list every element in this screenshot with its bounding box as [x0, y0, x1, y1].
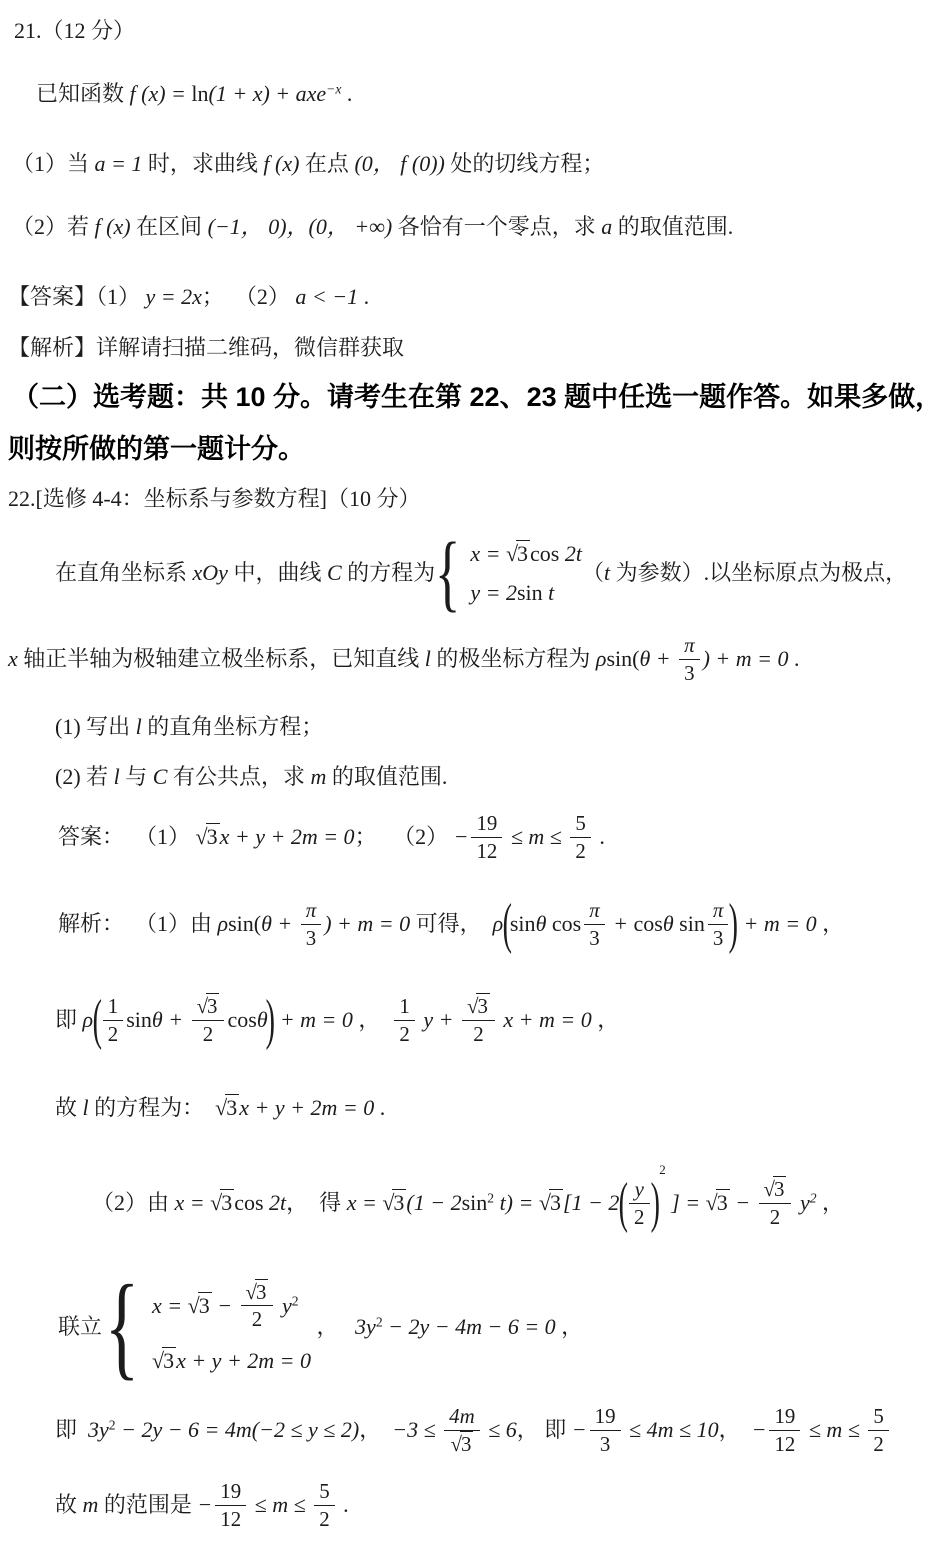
fraction-denominator: 3: [679, 660, 699, 685]
radicand: 3: [198, 1292, 212, 1318]
sqrt-radical: √3: [764, 1177, 787, 1201]
sqrt-radical: √3: [506, 541, 530, 566]
text-run: 处的切线方程；: [445, 151, 605, 176]
text-run: 即: [55, 1417, 88, 1442]
function-name: sin: [679, 911, 705, 936]
math-run: y = 2: [470, 580, 517, 605]
text-run: ，: [556, 1314, 584, 1339]
function-name: sin: [462, 1190, 488, 1215]
math-run: + m = 0: [274, 1007, 353, 1032]
text-run: ； （2）: [355, 824, 454, 849]
fraction-denominator: 2: [759, 1204, 792, 1229]
q22-header-line: 22.[选修 4-4：坐标系与参数方程]（10 分）: [8, 482, 420, 516]
fraction-numerator: 19: [215, 1479, 246, 1505]
text-run: .: [341, 81, 352, 106]
fraction: 12: [394, 994, 414, 1045]
math-run: −: [197, 1492, 212, 1517]
math-run: − 2y − 6 = 4m: [116, 1417, 252, 1442]
radicand: 3: [220, 1189, 234, 1215]
math-run: ≤ m ≤: [505, 824, 567, 849]
text-run: （1）当: [12, 151, 95, 176]
math-run: 3y: [88, 1417, 109, 1442]
radicand: 3: [206, 823, 220, 849]
equation-row: x = √3cos 2t: [470, 540, 582, 568]
q21-given-line: 已知函数 f (x) = ln(1 + x) + axe−x .: [36, 74, 352, 114]
math-run: (−2 ≤ y ≤ 2): [252, 1417, 359, 1442]
question-part: (1) 写出 l 的直角坐标方程；: [55, 713, 323, 741]
fraction-denominator: 2: [629, 1204, 649, 1229]
math-run: ≤ m ≤: [249, 1492, 311, 1517]
q21-part2-line: （2）若 f (x) 在区间 (−1， 0)，(0， +∞) 各恰有一个零点，求…: [12, 207, 733, 247]
radicand: 3: [392, 1189, 406, 1215]
q22-sol2-line2: 联立 { x = √3 − √32 y2 √3x + y + 2m = 0 ， …: [58, 1264, 583, 1390]
equation-system: x = √3cos 2t y = 2sin t: [470, 540, 582, 607]
math-run: m: [311, 764, 327, 789]
answer: 答案： （1） √3x + y + 2m = 0； （2） −: [58, 823, 468, 851]
superscript: −x: [326, 82, 341, 97]
sqrt-radical: √3: [197, 994, 220, 1018]
radicand: 3: [255, 1279, 268, 1304]
text-run: ，: [359, 1417, 392, 1442]
radicand: 3: [476, 993, 489, 1018]
fraction-denominator: √3: [444, 1431, 480, 1456]
fraction-numerator: √3: [462, 994, 495, 1020]
q22-setup-line1: 在直角坐标系 xOy 中，曲线 C 的方程为 { x = √3cos 2t y …: [55, 528, 907, 618]
math-run: θ +: [261, 911, 298, 936]
math-run: x + y + 2m = 0: [220, 824, 355, 849]
text-run: x 轴正半轴为极轴建立极坐标系，已知直线 l 的极坐标方程为 ρsin(θ +: [8, 645, 676, 673]
math-run: +: [608, 911, 634, 936]
fraction: √32: [462, 994, 495, 1045]
text-run: 的取值范围.: [612, 214, 733, 239]
fraction-denominator: 2: [192, 1021, 225, 1046]
superscript: 2: [292, 1293, 299, 1308]
math-run: x + y + 2m = 0: [239, 1095, 374, 1120]
text-run: 在直角坐标系: [55, 560, 193, 585]
function-name: sin: [510, 911, 536, 936]
sqrt-radical: √3: [210, 1190, 234, 1215]
text-run: ，: [592, 1007, 620, 1032]
question-part: (2) 若 l 与 C 有公共点，求 m 的取值范围.: [55, 763, 447, 791]
text-run: 各恰有一个零点，求: [392, 214, 601, 239]
math-run: a: [601, 214, 612, 239]
math-run: C: [153, 764, 168, 789]
math-run: ) + m = 0: [324, 911, 410, 936]
math-run: (1 − 2: [406, 1190, 461, 1215]
fraction-denominator: 2: [570, 838, 590, 863]
radicand: 3: [549, 1189, 563, 1215]
math-run: θ +: [639, 646, 676, 671]
q22-sol1-line3: 故 l 的方程为： √3x + y + 2m = 0 .: [55, 1086, 385, 1130]
q22-answer-line: 答案： （1） √3x + y + 2m = 0； （2） − 1912 ≤ m…: [58, 803, 605, 871]
fraction: y2: [629, 1177, 649, 1228]
fraction-numerator: 1: [394, 994, 414, 1020]
math-run: −: [212, 1293, 238, 1318]
question-number: 21.（12 分）: [14, 18, 135, 43]
function-name: cos: [634, 911, 663, 936]
math-run: ≤ 6: [483, 1417, 517, 1442]
text-run: 联立: [58, 1314, 102, 1339]
fraction-denominator: 2: [103, 1021, 123, 1046]
math-run: θ: [536, 911, 552, 936]
function-name: sin: [517, 580, 543, 605]
equation-row: y = 2sin t: [470, 579, 554, 607]
math-run: ρ: [83, 1007, 94, 1032]
math-run: f (x): [263, 151, 299, 176]
fraction-denominator: 3: [301, 925, 321, 950]
question-part: （1）当 a = 1 时，求曲线 f (x) 在点 (0， f (0)) 处的切…: [12, 150, 604, 178]
text-run: ，: [311, 1314, 355, 1339]
math-run: x =: [347, 1190, 383, 1215]
fraction: 1912: [215, 1479, 246, 1530]
fraction-denominator: 12: [471, 838, 502, 863]
text-run: （2）若: [12, 214, 95, 239]
fraction: π3: [301, 898, 321, 949]
fraction: 1912: [471, 811, 502, 862]
analysis-label: 解析： （1）由: [58, 911, 218, 936]
text-run: ，: [719, 1417, 752, 1442]
system-brace: {: [435, 542, 461, 604]
answer-label: 答案： （1）: [58, 824, 196, 849]
fraction: π3: [679, 633, 699, 684]
big-left-paren: (: [619, 1181, 628, 1226]
fraction: 52: [570, 811, 590, 862]
fraction: √32: [241, 1280, 274, 1331]
system-brace: {: [105, 1285, 140, 1369]
math-run: ] =: [666, 1190, 706, 1215]
fraction: π3: [708, 898, 728, 949]
fraction-numerator: 1: [103, 994, 123, 1020]
text-run: 故: [55, 1492, 83, 1517]
text-run: .: [358, 284, 369, 309]
math-run: (−1， 0)，(0， +∞): [208, 214, 393, 239]
math-run: 3y: [355, 1314, 376, 1339]
function-name: sin(: [228, 911, 261, 936]
text-run: （: [582, 560, 604, 585]
math-run: m: [83, 1492, 99, 1517]
radicand: 3: [460, 1431, 473, 1456]
section-note-line1: （二）选考题：共 10 分。请考生在第 22、23 题中任选一题作答。如果多做，: [12, 378, 942, 418]
text-run: （2）由: [92, 1190, 175, 1215]
q22-part2-line: (2) 若 l 与 C 有公共点，求 m 的取值范围.: [55, 760, 447, 794]
sqrt-radical: √3: [382, 1190, 406, 1215]
superscript: 2: [109, 1418, 116, 1433]
fraction: 4m√3: [444, 1404, 480, 1455]
math-run: −: [572, 1417, 587, 1442]
text-run: ， 即: [517, 1417, 572, 1442]
fraction-numerator: √3: [759, 1177, 792, 1203]
function-name: sin(: [606, 646, 639, 671]
radicand: 3: [225, 1094, 239, 1120]
section-note-text: 则按所做的第一题计分。: [8, 434, 305, 464]
section-note-text: （二）选考题：共 10 分。请考生在第 22、23 题中任选一题作答。如果多做，: [12, 382, 942, 412]
text-run: (1) 写出: [55, 714, 136, 739]
fraction-numerator: π: [584, 898, 604, 924]
text-run: 在区间: [131, 214, 208, 239]
math-run: t: [543, 580, 555, 605]
function-name: cos: [234, 1190, 263, 1215]
text-run: 在直角坐标系 xOy 中，曲线 C 的方程为: [55, 559, 435, 587]
fraction-denominator: 3: [590, 1431, 621, 1456]
math-run: (0， f (0)): [354, 151, 444, 176]
big-left-paren: (: [503, 902, 512, 947]
fraction: 52: [314, 1479, 334, 1530]
fraction-numerator: π: [301, 898, 321, 924]
superscript: 2: [810, 1191, 817, 1206]
text-run: 已知函数: [36, 81, 130, 106]
fraction: 12: [103, 994, 123, 1045]
fraction-denominator: 12: [769, 1431, 800, 1456]
fraction-numerator: √3: [192, 994, 225, 1020]
fraction-denominator: 3: [708, 925, 728, 950]
q22-setup-line2: x 轴正半轴为极轴建立极坐标系，已知直线 l 的极坐标方程为 ρsin(θ + …: [8, 626, 800, 692]
fraction-numerator: 19: [769, 1404, 800, 1430]
radicand: 3: [516, 540, 530, 566]
equation-row: √3x + y + 2m = 0: [152, 1347, 311, 1375]
analysis-label: 【解析】: [8, 335, 96, 360]
math-run: f (x) =: [130, 81, 192, 106]
math-run: f (x): [95, 214, 131, 239]
math-run: + m = 0: [738, 911, 817, 936]
fraction-numerator: 5: [570, 811, 590, 837]
math-run: ≤ 4m ≤ 10: [624, 1417, 719, 1442]
math-run: y = 2x: [146, 284, 202, 309]
q22-part1-line: (1) 写出 l 的直角坐标方程；: [55, 710, 323, 744]
math-run: x =: [175, 1190, 211, 1215]
sqrt-radical: √3: [188, 1293, 212, 1318]
math-run: 2t: [264, 1190, 287, 1215]
fraction-numerator: y: [629, 1177, 649, 1203]
big-right-paren: ): [265, 998, 274, 1043]
math-run: x =: [470, 541, 506, 566]
text-run: 的直角坐标方程；: [142, 714, 324, 739]
text-run: .: [338, 1492, 349, 1517]
fraction: 1912: [769, 1404, 800, 1455]
fraction-denominator: 2: [462, 1021, 495, 1046]
math-run: −: [752, 1417, 767, 1442]
math-run: x + m = 0: [498, 1007, 592, 1032]
formula: 已知函数 f (x) = ln(1 + x) + axe−x .: [36, 80, 352, 108]
sqrt-radical: √3: [215, 1095, 239, 1120]
section-note-line2: 则按所做的第一题计分。: [8, 430, 305, 470]
function-name: ln: [191, 81, 208, 106]
math-run: ρ: [218, 911, 229, 936]
question-number: 22.[选修 4-4：坐标系与参数方程]（10 分）: [8, 486, 420, 511]
text-run: 的方程为：: [89, 1095, 216, 1120]
q21-answer-line: 【答案】（1） y = 2x； （2） a < −1 .: [8, 279, 369, 315]
text-run: .: [789, 646, 800, 671]
answer: 【答案】（1） y = 2x； （2） a < −1 .: [8, 283, 369, 311]
analysis: 【解析】详解请扫描二维码，微信群获取: [8, 334, 404, 362]
math-run: [1 − 2: [563, 1190, 619, 1215]
fraction-numerator: 4m: [444, 1404, 480, 1430]
math-run: ) + m = 0 .: [703, 645, 800, 673]
fraction-numerator: π: [708, 898, 728, 924]
fraction-denominator: 2: [241, 1306, 274, 1331]
fraction: 193: [590, 1404, 621, 1455]
text-run: 时，求曲线: [142, 151, 263, 176]
q21-analysis-line: 【解析】详解请扫描二维码，微信群获取: [8, 330, 404, 366]
math-run: θ: [663, 911, 679, 936]
superscript: 2: [659, 1162, 666, 1178]
fraction-numerator: 5: [314, 1479, 334, 1505]
q22-sol1-line1: 解析： （1）由 ρsin(θ + π3 ) + m = 0 可得， ρ ( s…: [58, 886, 844, 962]
text-run: （1）: [96, 284, 146, 309]
q22-sol1-line2: 即 ρ ( 12 sinθ + √32 cosθ ) + m = 0 ， 12 …: [55, 980, 619, 1060]
text-run: 可得，: [410, 911, 493, 936]
text-run: ，: [353, 1007, 392, 1032]
radicand: 3: [206, 993, 219, 1018]
fraction: √32: [759, 1177, 792, 1228]
function-name: cos: [552, 911, 581, 936]
text-run: 的方程为: [342, 560, 436, 585]
fraction: √32: [192, 994, 225, 1045]
math-run: −: [730, 1190, 756, 1215]
text-run: （t 为参数）.以坐标原点为极点，: [582, 559, 907, 587]
big-right-paren: ): [650, 1181, 659, 1226]
fraction-numerator: 19: [471, 811, 502, 837]
answer-label: 【答案】: [8, 284, 96, 309]
q22-sol2-line4: 故 m 的范围是 − 1912 ≤ m ≤ 52 .: [55, 1472, 349, 1538]
sqrt-radical: √3: [539, 1190, 563, 1215]
text-run: 轴正半轴为极轴建立极坐标系，已知直线: [18, 646, 425, 671]
function-name: cos: [530, 541, 559, 566]
math-run: ) + m = 0: [703, 646, 789, 671]
question-part: （2）若 f (x) 在区间 (−1， 0)，(0， +∞) 各恰有一个零点，求…: [12, 213, 733, 241]
text-run: ，: [817, 1190, 845, 1215]
q22-sol2-line1: （2）由 x = √3cos 2t， 得 x = √3(1 − 2sin2 t)…: [92, 1160, 844, 1246]
fraction: π3: [584, 898, 604, 949]
q21-header-line: 21.（12 分）: [14, 16, 135, 46]
math-run: 2t: [559, 541, 582, 566]
text-run: 与: [120, 764, 153, 789]
analysis: 解析： （1）由 ρsin(θ +: [58, 910, 298, 938]
math-run: ρ: [596, 646, 607, 671]
radicand: 3: [773, 1176, 786, 1201]
fraction-denominator: 3: [584, 925, 604, 950]
text-run: 即: [55, 1007, 83, 1032]
sqrt-radical: √3: [467, 994, 490, 1018]
math-run: −: [454, 824, 469, 849]
text-run: 故: [55, 1095, 83, 1120]
text-run: 为参数）.以坐标原点为极点，: [610, 560, 907, 585]
math-run: −3 ≤: [392, 1417, 441, 1442]
radicand: 3: [716, 1189, 730, 1215]
fraction-denominator: 2: [868, 1431, 888, 1456]
sqrt-radical: √3: [196, 824, 220, 849]
fraction-numerator: 5: [868, 1404, 888, 1430]
math-run: ≤ m ≤: [803, 1417, 865, 1442]
radicand: 3: [162, 1347, 176, 1373]
text-run: .: [594, 824, 605, 849]
text-run: 的极坐标方程为: [431, 646, 596, 671]
q22-sol2-line3: 即 3y2 − 2y − 6 = 4m(−2 ≤ y ≤ 2)， −3 ≤ 4m…: [55, 1386, 892, 1474]
fraction-denominator: 2: [394, 1021, 414, 1046]
q21-part1-line: （1）当 a = 1 时，求曲线 f (x) 在点 (0， f (0)) 处的切…: [12, 144, 604, 184]
fraction-numerator: 19: [590, 1404, 621, 1430]
text-run: 详解请扫描二维码，微信群获取: [96, 335, 404, 360]
text-run: 的取值范围.: [326, 764, 447, 789]
superscript: 2: [376, 1315, 383, 1330]
fraction-numerator: π: [679, 633, 699, 659]
text-run: 的范围是: [98, 1492, 197, 1517]
equation-system: x = √3 − √32 y2 √3x + y + 2m = 0: [152, 1280, 311, 1375]
math-run: x: [8, 646, 18, 671]
text-run: ， 得: [286, 1190, 347, 1215]
math-run: a = 1: [95, 151, 143, 176]
text-run: (2) 若: [55, 764, 114, 789]
function-name: sin: [126, 1007, 152, 1032]
text-run: ，: [817, 911, 845, 936]
fraction: 52: [868, 1404, 888, 1455]
math-run: y: [276, 1293, 291, 1318]
text-run: 有公共点，求: [167, 764, 310, 789]
math-run: x + y + 2m = 0: [176, 1348, 311, 1373]
big-left-paren: (: [93, 998, 102, 1043]
fraction-denominator: 12: [215, 1506, 246, 1531]
math-run: x =: [152, 1293, 188, 1318]
function-name: cos: [227, 1007, 256, 1032]
fraction-numerator: √3: [241, 1280, 274, 1306]
big-right-paren: ): [729, 902, 738, 947]
math-run: θ +: [152, 1007, 189, 1032]
text-run: 在点: [299, 151, 354, 176]
math-run: a < −1: [295, 284, 358, 309]
text-run: .: [374, 1095, 385, 1120]
sqrt-radical: √3: [706, 1190, 730, 1215]
math-run: C: [327, 560, 342, 585]
math-run: (1 + x) + axe: [209, 81, 327, 106]
math-run: xOy: [193, 560, 228, 585]
math-run: y: [794, 1190, 809, 1215]
sqrt-radical: √3: [246, 1280, 269, 1304]
math-run: y +: [418, 1007, 459, 1032]
equation-row: x = √3 − √32 y2: [152, 1280, 299, 1331]
math-run: − 2y − 4m − 6 = 0: [383, 1314, 556, 1339]
text-run: 中，曲线: [228, 560, 327, 585]
text-run: ； （2）: [202, 284, 296, 309]
sqrt-radical: √3: [152, 1348, 176, 1373]
fraction-denominator: 2: [314, 1506, 334, 1531]
sqrt-radical: √3: [450, 1432, 473, 1456]
math-run: t) =: [494, 1190, 539, 1215]
math-run: ρ: [493, 911, 504, 936]
